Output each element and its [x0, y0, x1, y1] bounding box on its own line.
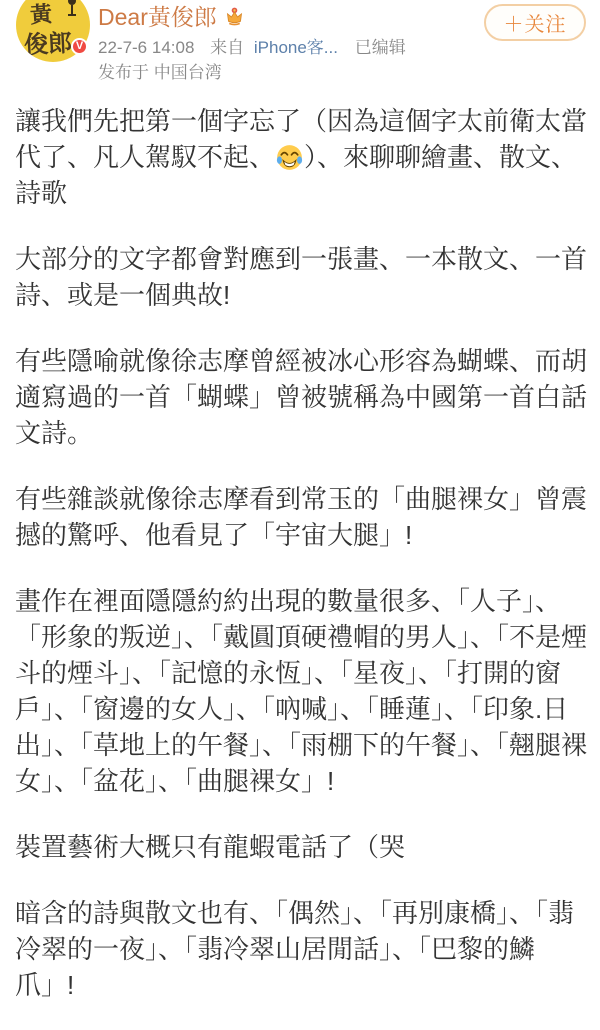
- paragraph-4: 有些雜談就像徐志摩看到常玉的「曲腿裸女」曾震撼的驚呼、他看見了「宇宙大腿」!: [15, 481, 587, 553]
- paragraph-6: 裝置藝術大概只有龍蝦電話了（哭: [15, 829, 587, 865]
- meta-row: 22-7-6 14:08 来自 iPhone客... 已编辑: [98, 38, 480, 58]
- location-row: 发布于 中国台湾: [98, 63, 480, 83]
- source-link[interactable]: iPhone客...: [254, 38, 338, 57]
- paragraph-5: 畫作在裡面隱隱約約出現的數量很多、「人子」、「形象的叛逆」、「戴圓頂硬禮帽的男人…: [15, 583, 587, 799]
- header-info: Dear黃俊郎 22-7-6 14:08 来自 iPhone客... 已编辑 发…: [98, 0, 480, 83]
- location-label: 发布于 中国台湾: [98, 63, 222, 82]
- username-row: Dear黃俊郎: [98, 0, 480, 30]
- paragraph-3: 有些隱喻就像徐志摩曾經被冰心形容為蝴蝶、而胡適寫過的一首「蝴蝶」曾被號稱為中國第…: [15, 343, 587, 451]
- source-prefix: 来自: [210, 38, 244, 57]
- avatar[interactable]: 黃 俊郎 V: [16, 0, 90, 62]
- follow-button[interactable]: ＋关注: [484, 4, 586, 41]
- weibo-post-page: 黃 俊郎 V Dear黃俊郎 22-: [0, 0, 600, 1030]
- username[interactable]: Dear黃俊郎: [98, 0, 217, 32]
- post-header: 黃 俊郎 V Dear黃俊郎 22-: [0, 0, 600, 100]
- avatar-doodle-icon: [64, 0, 80, 20]
- paragraph-2: 大部分的文字都會對應到一張畫、一本散文、一首詩、或是一個典故!: [15, 241, 587, 313]
- vip-crown-icon: [224, 6, 245, 27]
- post-content: 讓我們先把第一個字忘了（因為這個字太前衛太當代了、凡人駕馭不起、）、來聊聊繪畫、…: [0, 100, 597, 1003]
- paragraph-7: 暗含的詩與散文也有、「偶然」、「再別康橋」、「翡冷翠的一夜」、「翡冷翠山居閒話」…: [15, 895, 587, 1003]
- verified-badge-icon: V: [71, 38, 88, 55]
- timestamp: 22-7-6 14:08: [98, 38, 194, 57]
- tears-of-joy-emoji-icon: [276, 144, 303, 171]
- edited-label: 已编辑: [355, 38, 406, 57]
- paragraph-1: 讓我們先把第一個字忘了（因為這個字太前衛太當代了、凡人駕馭不起、）、來聊聊繪畫、…: [15, 103, 587, 211]
- avatar-text-bottom: 俊郎: [23, 23, 73, 60]
